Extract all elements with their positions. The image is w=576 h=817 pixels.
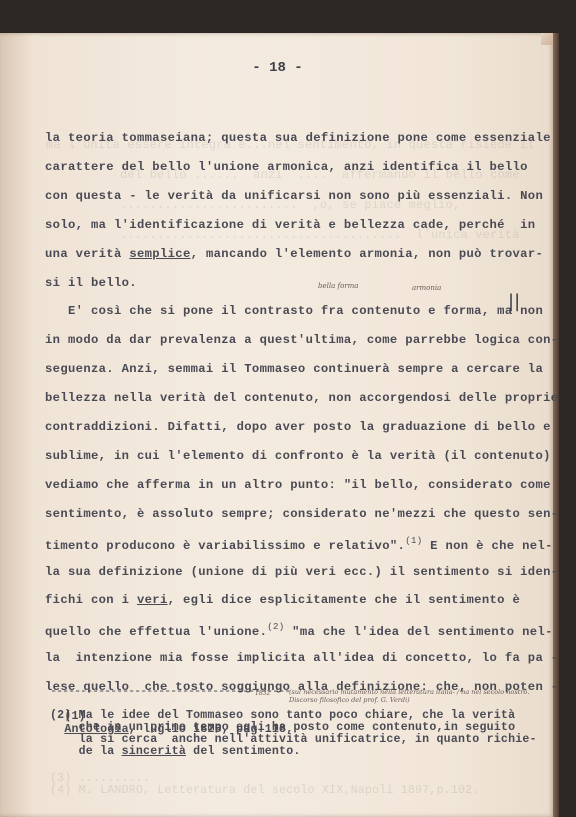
footnote-ref: (2) bbox=[267, 622, 284, 632]
text-line: la intenzione mia fosse implicita all'id… bbox=[45, 651, 558, 665]
text-line: timento producono è variabilissimo e rel… bbox=[45, 536, 553, 553]
text-line: sentimento, è assoluto sempre; considera… bbox=[45, 507, 558, 521]
text-line: una verità semplice, mancando l'elemento… bbox=[45, 247, 543, 261]
page-number: - 18 - bbox=[0, 60, 555, 76]
footnote-ref: (1) bbox=[405, 536, 422, 546]
text-line: con questa - le verità da unificarsi non… bbox=[45, 189, 543, 203]
underlined-word: veri bbox=[137, 593, 168, 607]
handwritten-footnote-note: (sul necessario mutamento nella letterat… bbox=[289, 688, 559, 704]
handwritten-note: bella forma bbox=[318, 282, 358, 290]
underlined-word: sincerità bbox=[122, 745, 186, 758]
footnote-line: de la sincerità del sentimento. bbox=[50, 745, 301, 758]
handwritten-note: armonia bbox=[412, 284, 441, 292]
handwritten-note: 1832 bbox=[255, 690, 270, 697]
text-line: contraddizioni. Difatti, dopo aver posto… bbox=[45, 420, 551, 434]
text-line: si il bello. bbox=[45, 276, 137, 290]
underlined-word: semplice bbox=[129, 247, 190, 261]
text-line: vediamo che afferma in un altro punto: "… bbox=[45, 478, 551, 492]
text-line: bellezza nella verità del contenuto, non… bbox=[45, 391, 558, 405]
text-line: solo, ma l'identificazione di verità e b… bbox=[45, 218, 535, 232]
text-line: quello che effettua l'unione.(2) "ma che… bbox=[45, 622, 553, 639]
text-line: la teoria tommaseiana; questa sua defini… bbox=[45, 131, 551, 145]
bleed-through-footnote: (4) M. LANDRO, Letteratura del secolo XI… bbox=[50, 784, 479, 797]
text-line: la sua definizione (unione di più veri e… bbox=[45, 565, 558, 579]
text-line: in modo da dar prevalenza a quest'ultima… bbox=[45, 333, 558, 347]
text-line: E' così che si pone il contrasto fra con… bbox=[45, 304, 543, 318]
text-line: carattere del bello l'unione armonica, a… bbox=[45, 160, 528, 174]
text-line: seguenza. Anzi, semmai il Tommaseo conti… bbox=[45, 362, 543, 376]
text-line: fichi con i veri, egli dice esplicitamen… bbox=[45, 593, 520, 607]
margin-mark: || bbox=[508, 291, 520, 312]
text-line: sublime, in cui l'elemento di confronto … bbox=[45, 449, 551, 463]
